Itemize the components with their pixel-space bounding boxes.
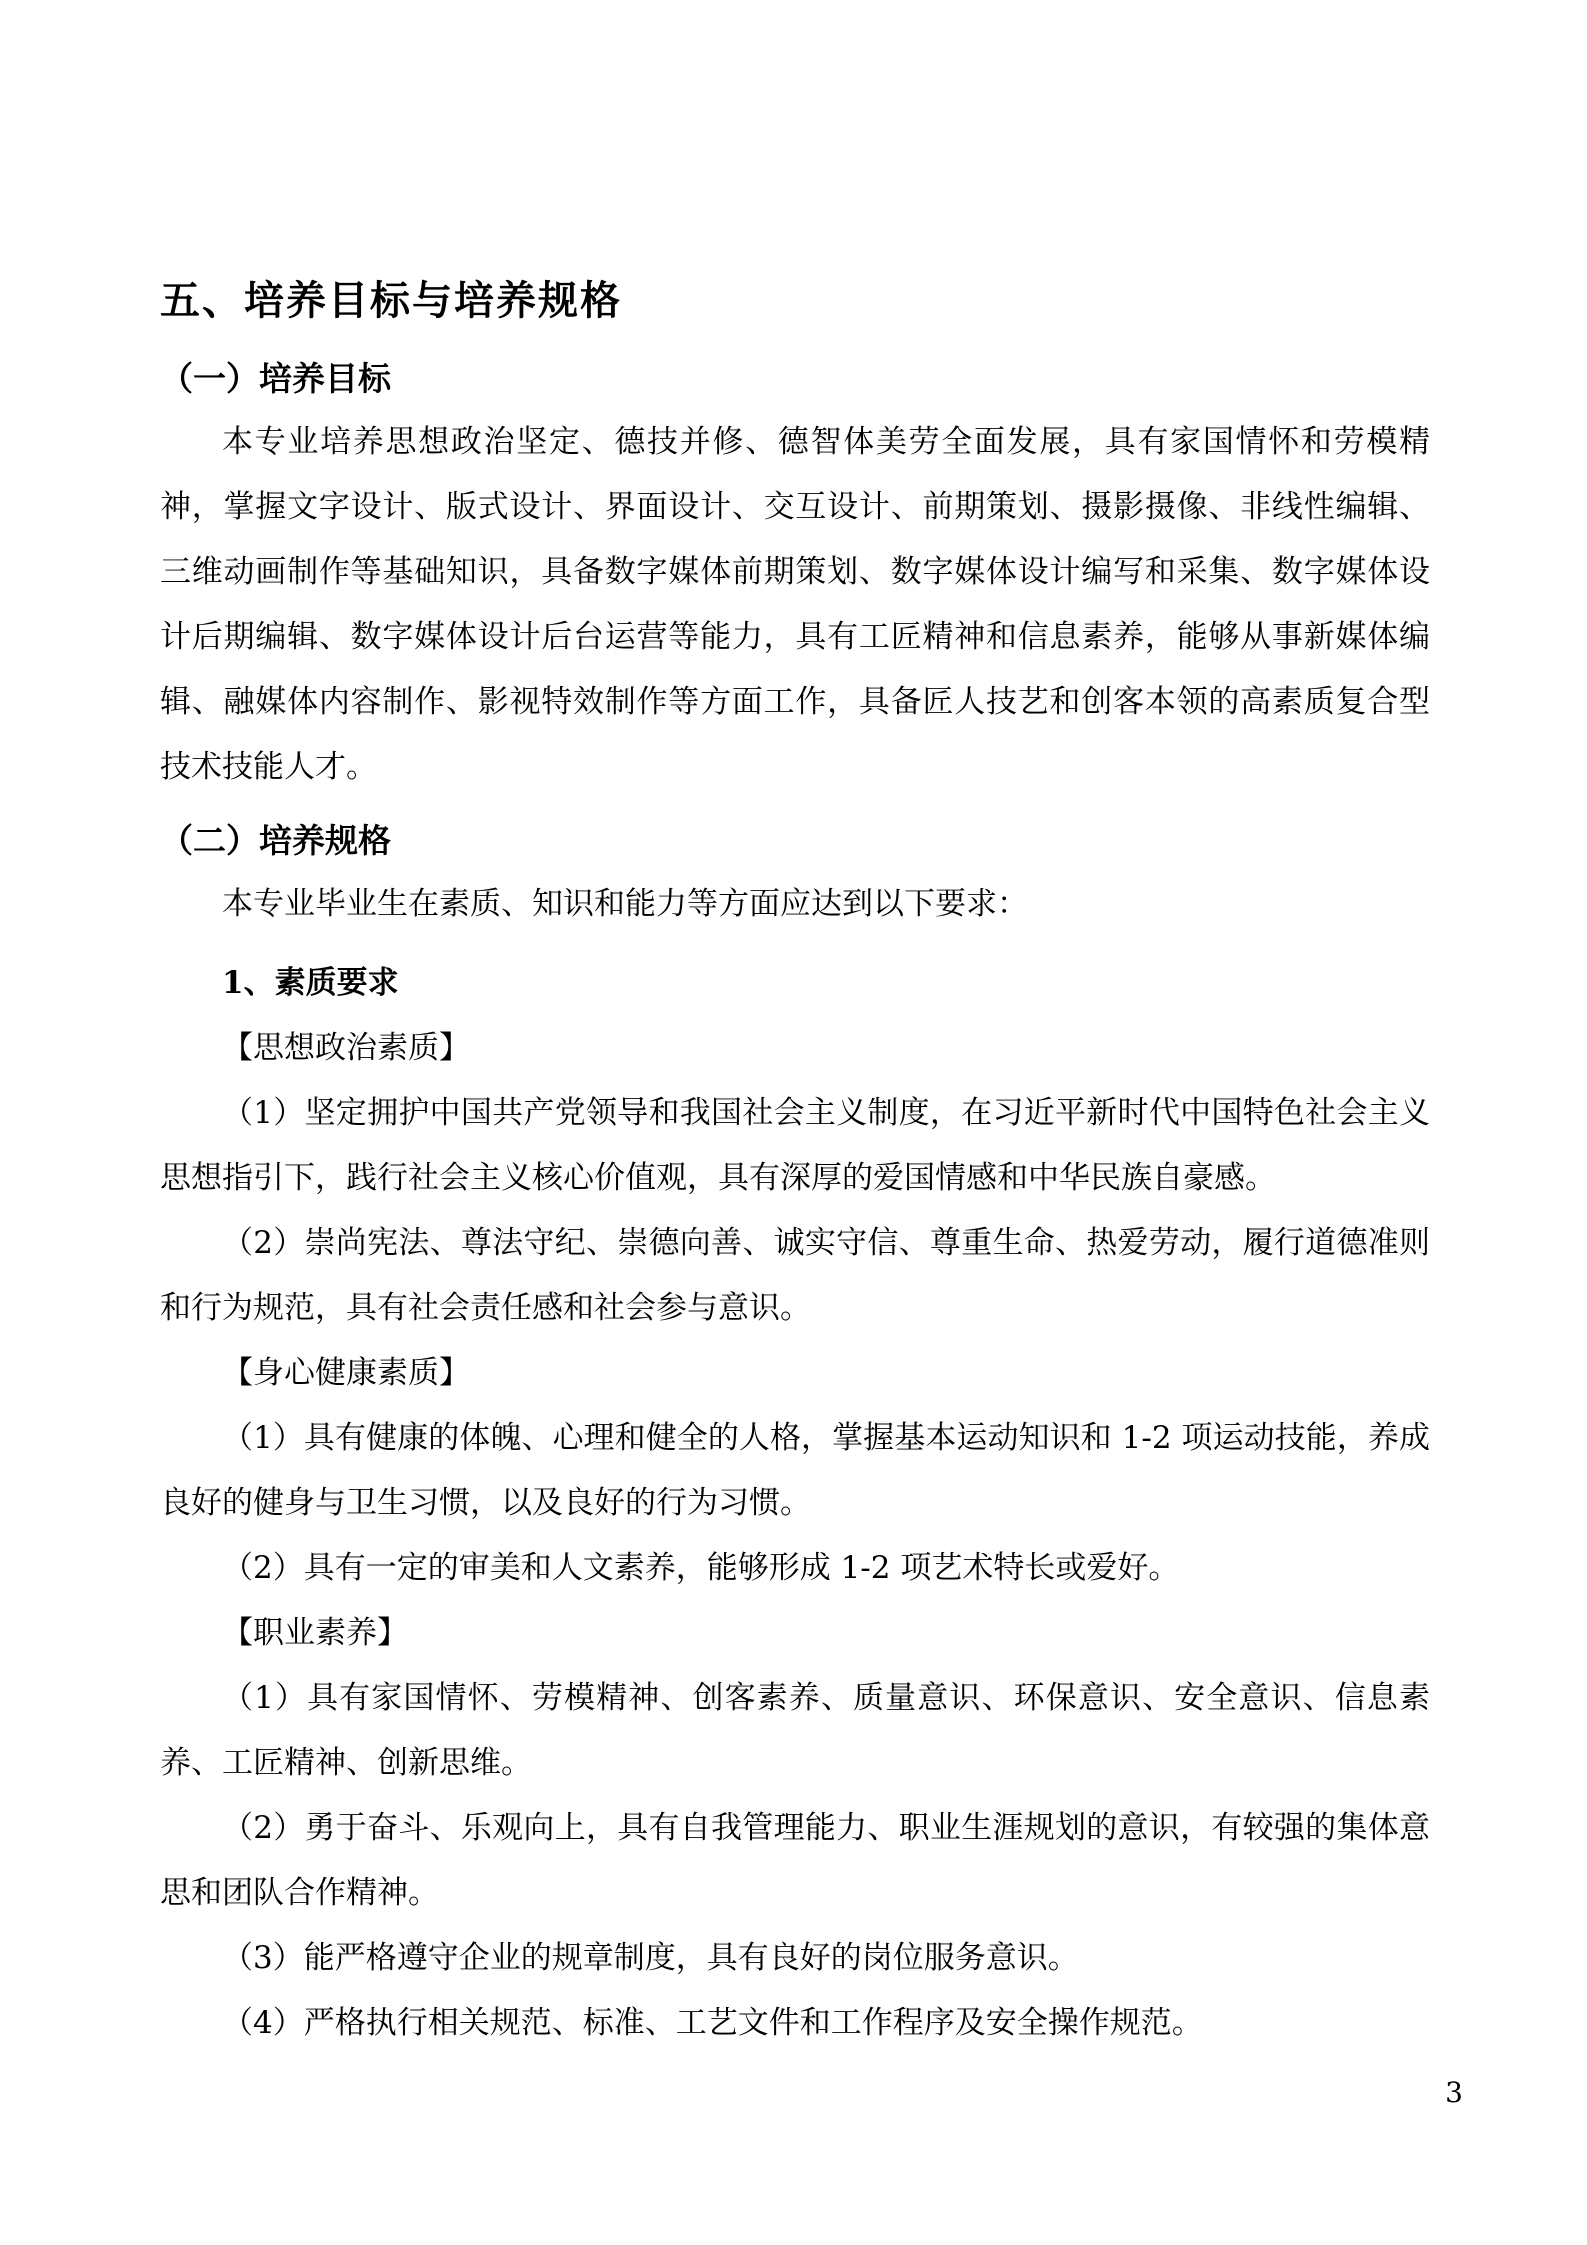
ideological-item-2: （2）崇尚宪法、尊法守纪、崇德向善、诚实守信、尊重生命、热爱劳动，履行道德准则和… xyxy=(160,1211,1430,1341)
professional-item-3: （3）能严格遵守企业的规章制度，具有良好的岗位服务意识。 xyxy=(160,1926,1430,1991)
requirements-intro: 本专业毕业生在素质、知识和能力等方面应达到以下要求： xyxy=(160,872,1430,937)
training-objective-paragraph: 本专业培养思想政治坚定、德技并修、德智体美劳全面发展，具有家国情怀和劳模精神，掌… xyxy=(160,410,1430,800)
physical-mental-health-quality-label: 【身心健康素质】 xyxy=(160,1341,1430,1406)
professional-item-1: （1）具有家国情怀、劳模精神、创客素养、质量意识、环保意识、安全意识、信息素养、… xyxy=(160,1666,1430,1796)
quality-requirements-subheading: 1、素质要求 xyxy=(160,951,1430,1016)
document-content: 五、培养目标与培养规格 （一）培养目标 本专业培养思想政治坚定、德技并修、德智体… xyxy=(160,272,1430,2056)
document-heading: 五、培养目标与培养规格 xyxy=(160,272,1430,330)
section-1-title: （一）培养目标 xyxy=(160,354,1430,404)
professional-item-4: （4）严格执行相关规范、标准、工艺文件和工作程序及安全操作规范。 xyxy=(160,1991,1430,2056)
health-item-1: （1）具有健康的体魄、心理和健全的人格，掌握基本运动知识和 1-2 项运动技能，… xyxy=(160,1406,1430,1536)
professional-quality-label: 【职业素养】 xyxy=(160,1601,1430,1666)
document-page: 五、培养目标与培养规格 （一）培养目标 本专业培养思想政治坚定、德技并修、德智体… xyxy=(0,0,1587,2245)
section-2-title: （二）培养规格 xyxy=(160,816,1430,866)
page-number: 3 xyxy=(1445,2076,1463,2110)
ideological-political-quality-label: 【思想政治素质】 xyxy=(160,1016,1430,1081)
professional-item-2: （2）勇于奋斗、乐观向上，具有自我管理能力、职业生涯规划的意识，有较强的集体意思… xyxy=(160,1796,1430,1926)
health-item-2: （2）具有一定的审美和人文素养，能够形成 1-2 项艺术特长或爱好。 xyxy=(160,1536,1430,1601)
ideological-item-1: （1）坚定拥护中国共产党领导和我国社会主义制度，在习近平新时代中国特色社会主义思… xyxy=(160,1081,1430,1211)
